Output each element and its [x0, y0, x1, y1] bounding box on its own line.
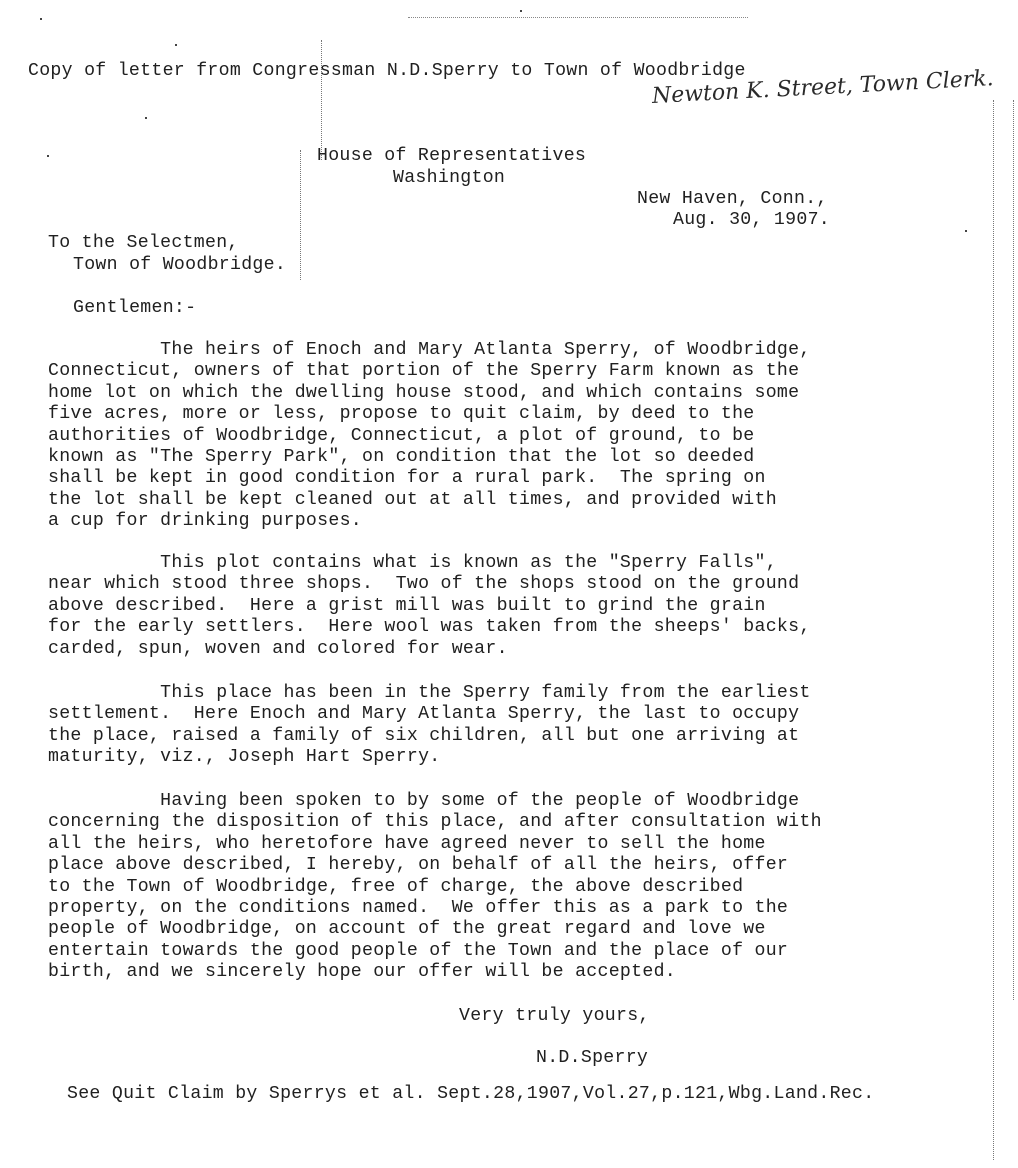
paragraph-line: This plot contains what is known as the … — [48, 553, 811, 574]
scan-speck — [40, 18, 42, 20]
paragraph-line: property, on the conditions named. We of… — [48, 898, 822, 919]
paragraph-line: This place has been in the Sperry family… — [48, 683, 811, 704]
body-paragraph-1: The heirs of Enoch and Mary Atlanta Sper… — [48, 340, 811, 533]
closing: Very truly yours, — [459, 1006, 650, 1027]
paragraph-line: Having been spoken to by some of the peo… — [48, 791, 822, 812]
paragraph-line: a cup for drinking purposes. — [48, 511, 811, 532]
header-note: Copy of letter from Congressman N.D.Sper… — [28, 61, 746, 82]
paragraph-line: entertain towards the good people of the… — [48, 941, 822, 962]
scan-speck — [145, 117, 147, 119]
paragraph-line: The heirs of Enoch and Mary Atlanta Sper… — [48, 340, 811, 361]
letterhead-line2: Washington — [393, 168, 505, 189]
paragraph-line: carded, spun, woven and colored for wear… — [48, 639, 811, 660]
letterhead-line1: House of Representatives — [317, 146, 586, 167]
paragraph-line: to the Town of Woodbridge, free of charg… — [48, 877, 822, 898]
paragraph-line: settlement. Here Enoch and Mary Atlanta … — [48, 704, 811, 725]
scan-artifact-right-edge-2 — [1013, 100, 1014, 1000]
footnote-land-record: See Quit Claim by Sperrys et al. Sept.28… — [67, 1084, 874, 1105]
paragraph-line: birth, and we sincerely hope our offer w… — [48, 962, 822, 983]
paragraph-line: the lot shall be kept cleaned out at all… — [48, 490, 811, 511]
paragraph-line: for the early settlers. Here wool was ta… — [48, 617, 811, 638]
paragraph-line: place above described, I hereby, on beha… — [48, 855, 822, 876]
paragraph-line: authorities of Woodbridge, Connecticut, … — [48, 426, 811, 447]
body-paragraph-3: This place has been in the Sperry family… — [48, 683, 811, 769]
paragraph-line: known as "The Sperry Park", on condition… — [48, 447, 811, 468]
scan-speck — [47, 155, 49, 157]
paragraph-line: maturity, viz., Joseph Hart Sperry. — [48, 747, 811, 768]
paragraph-line: near which stood three shops. Two of the… — [48, 574, 811, 595]
paragraph-line: shall be kept in good condition for a ru… — [48, 468, 811, 489]
scan-speck — [520, 10, 522, 12]
paragraph-line: concerning the disposition of this place… — [48, 812, 822, 833]
signature: N.D.Sperry — [536, 1048, 648, 1069]
paragraph-line: five acres, more or less, propose to qui… — [48, 404, 811, 425]
paragraph-line: all the heirs, who heretofore have agree… — [48, 834, 822, 855]
scan-artifact-right-edge-1 — [993, 100, 994, 1160]
body-paragraph-2: This plot contains what is known as the … — [48, 553, 811, 660]
scan-artifact-top-line — [408, 17, 748, 18]
addressee-line1: To the Selectmen, — [48, 233, 239, 254]
scan-artifact-fold-line — [321, 40, 322, 160]
scan-speck — [965, 230, 967, 232]
letter-page: Copy of letter from Congressman N.D.Sper… — [0, 0, 1018, 1168]
paragraph-line: Connecticut, owners of that portion of t… — [48, 361, 811, 382]
date-line: Aug. 30, 1907. — [673, 210, 830, 231]
scan-artifact-fold-line-lower — [300, 150, 301, 280]
paragraph-line: people of Woodbridge, on account of the … — [48, 919, 822, 940]
paragraph-line: the place, raised a family of six childr… — [48, 726, 811, 747]
body-paragraph-4: Having been spoken to by some of the peo… — [48, 791, 822, 984]
place-line: New Haven, Conn., — [637, 189, 828, 210]
paragraph-line: above described. Here a grist mill was b… — [48, 596, 811, 617]
scan-speck — [175, 44, 177, 46]
salutation: Gentlemen:- — [73, 298, 196, 319]
addressee-line2: Town of Woodbridge. — [73, 255, 286, 276]
paragraph-line: home lot on which the dwelling house sto… — [48, 383, 811, 404]
